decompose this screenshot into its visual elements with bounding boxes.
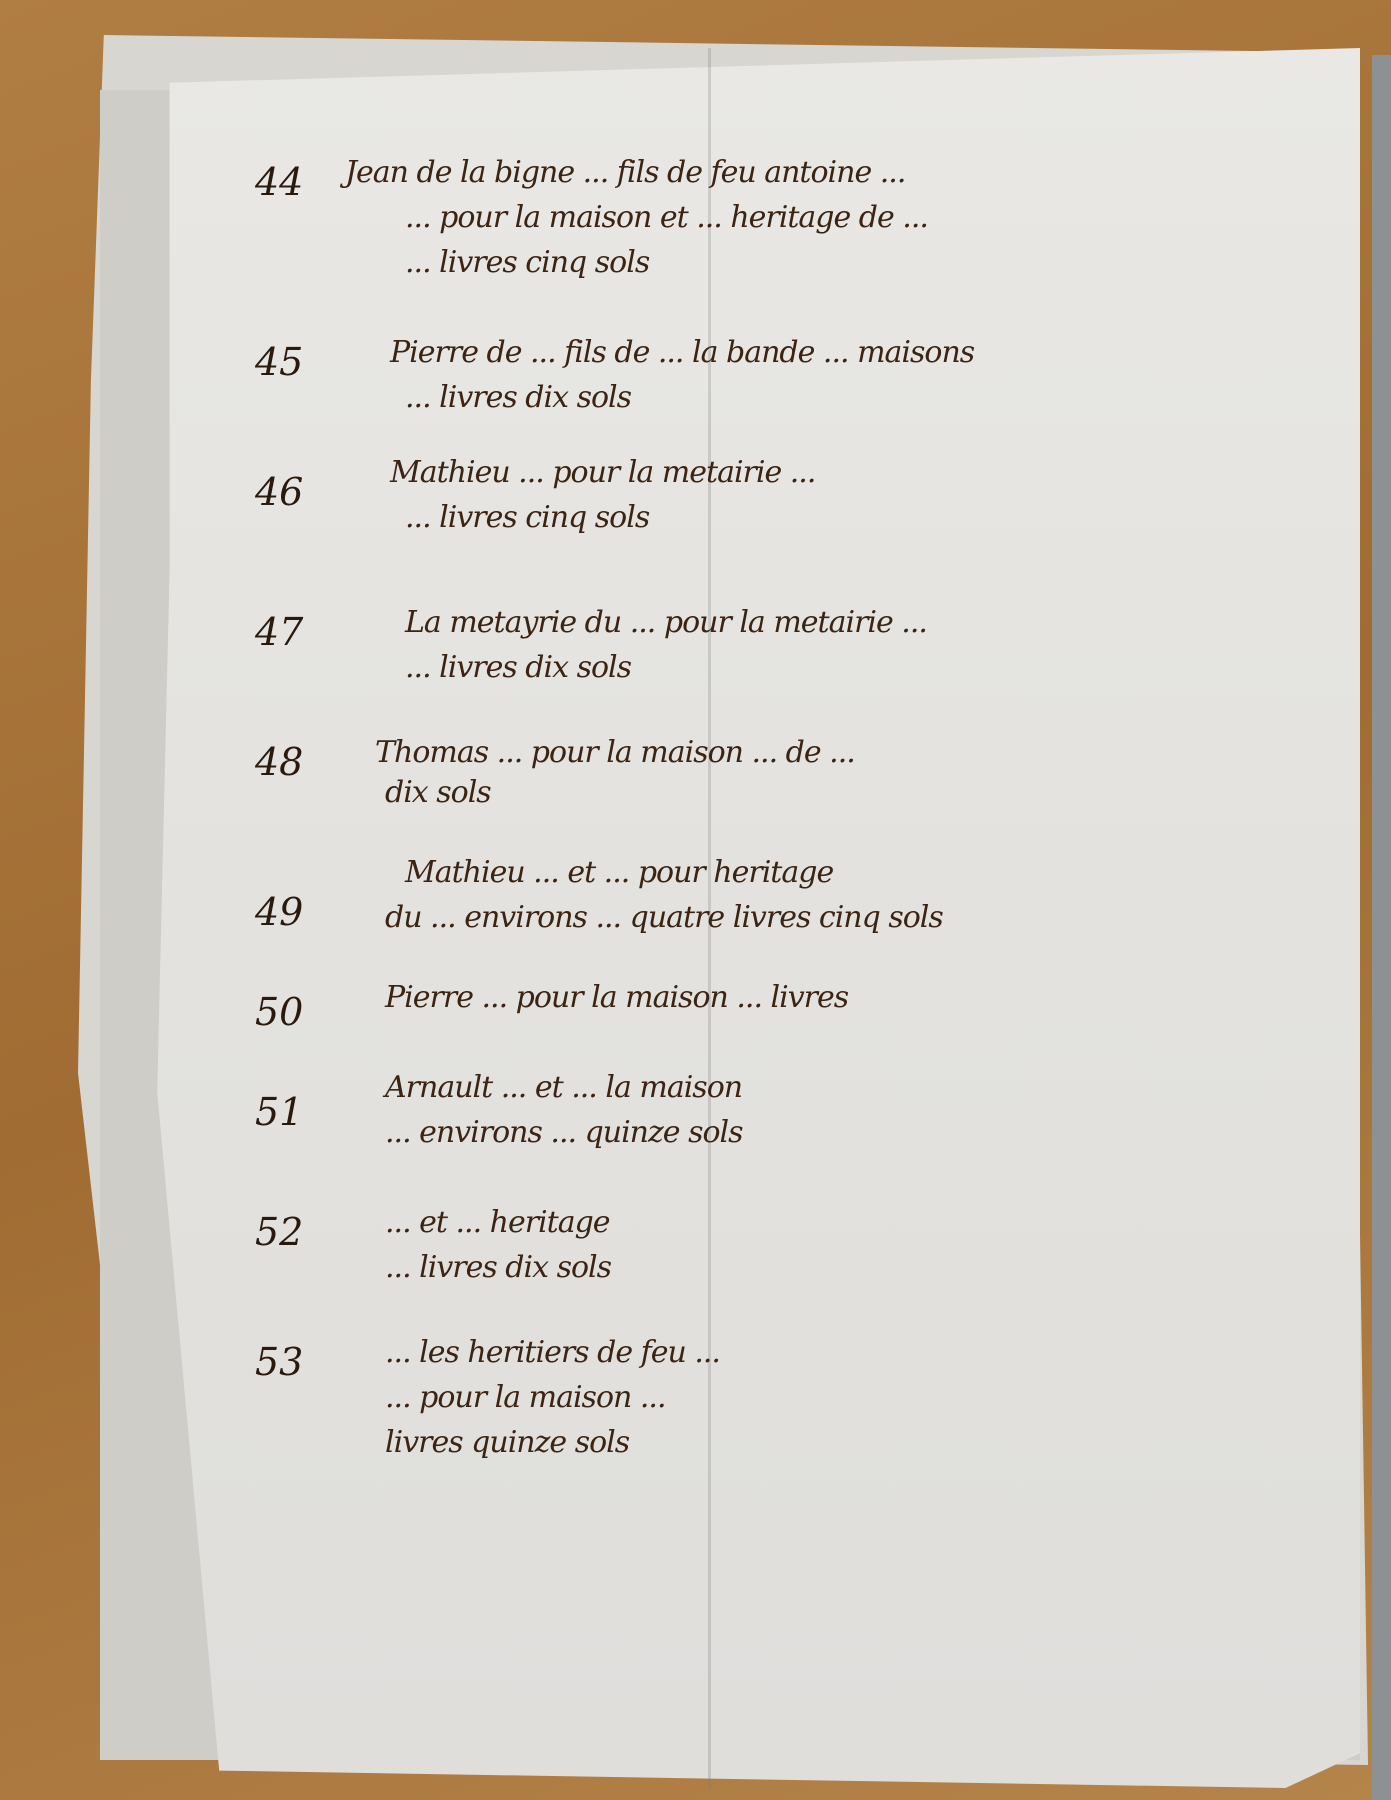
entry-line: Mathieu ... pour la metairie ... bbox=[390, 455, 815, 490]
entry-line: ... environs ... quinze sols bbox=[385, 1115, 743, 1150]
entry-line: ... livres cinq sols bbox=[405, 245, 649, 280]
entry-line: ... livres dix sols bbox=[405, 650, 631, 685]
entry-line: Pierre ... pour la maison ... livres bbox=[385, 980, 848, 1015]
entry-line: livres quinze sols bbox=[385, 1425, 629, 1460]
entry-number: 52 bbox=[255, 1210, 303, 1254]
entry-line: ... livres cinq sols bbox=[405, 500, 649, 535]
entry-line: dix sols bbox=[385, 775, 491, 810]
entry-number: 51 bbox=[255, 1090, 303, 1134]
entry-line: du ... environs ... quatre livres cinq s… bbox=[385, 900, 943, 935]
entry-line: ... pour la maison ... bbox=[385, 1380, 665, 1415]
entry-line: Pierre de ... fils de ... la bande ... m… bbox=[390, 335, 974, 370]
entry-line: La metayrie du ... pour la metairie ... bbox=[405, 605, 927, 640]
entry-line: Thomas ... pour la maison ... de ... bbox=[375, 735, 855, 770]
entry-number: 50 bbox=[255, 990, 303, 1034]
entry-line: ... et ... heritage bbox=[385, 1205, 610, 1240]
entry-line: ... livres dix sols bbox=[385, 1250, 611, 1285]
entry-number: 53 bbox=[255, 1340, 303, 1384]
entry-number: 45 bbox=[255, 340, 303, 384]
entry-number: 47 bbox=[255, 610, 303, 654]
board-edge bbox=[1372, 55, 1391, 1800]
entry-number: 49 bbox=[255, 890, 303, 934]
entry-line: Arnault ... et ... la maison bbox=[385, 1070, 742, 1105]
entry-number: 46 bbox=[255, 470, 303, 514]
entry-line: Jean de la bigne ... fils de feu antoine… bbox=[345, 155, 905, 190]
entry-number: 48 bbox=[255, 740, 303, 784]
entry-line: ... pour la maison et ... heritage de ..… bbox=[405, 200, 928, 235]
entry-line: ... livres dix sols bbox=[405, 380, 631, 415]
entry-line: Mathieu ... et ... pour heritage bbox=[405, 855, 833, 890]
entry-number: 44 bbox=[255, 160, 303, 204]
entry-line: ... les heritiers de feu ... bbox=[385, 1335, 720, 1370]
